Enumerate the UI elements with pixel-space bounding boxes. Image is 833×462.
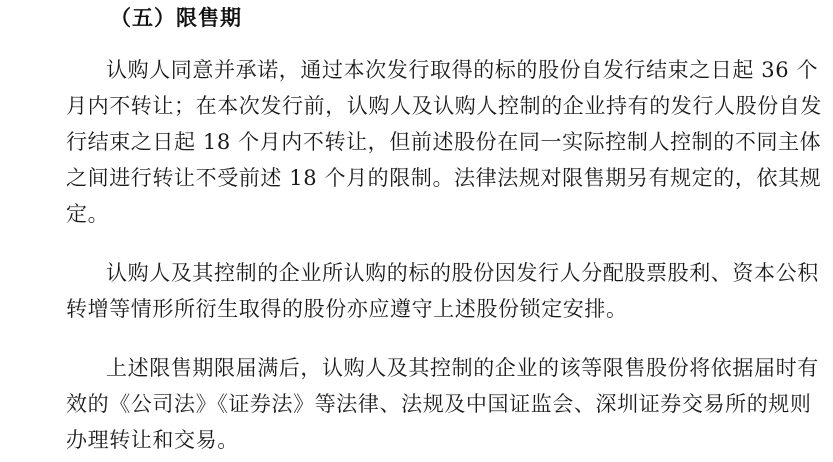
paragraph-line: 认购人及其控制的企业所认购的标的股份因发行人分配股票股利、资本公积 [106,260,756,286]
section-heading: （五）限售期 [110,5,242,31]
paragraph-line: 之间进行转让不受前述 18 个月的限制。法律法规对限售期另有规定的，依其规 [66,165,756,191]
paragraph-line: 定。 [66,201,109,227]
paragraph-line: 认购人同意并承诺，通过本次发行取得的标的股份自发行结束之日起 36 个 [106,57,756,83]
paragraph-line: 效的《公司法》《证券法》等法律、法规及中国证监会、深圳证券交易所的规则 [66,391,756,417]
paragraph-line: 行结束之日起 18 个月内不转让，但前述股份在同一实际控制人控制的不同主体 [66,129,756,155]
paragraph-line: 上述限售期限届满后，认购人及其控制的企业的该等限售股份将依据届时有 [106,355,756,381]
paragraph-line: 月内不转让；在本次发行前，认购人及认购人控制的企业持有的发行人股份自发 [66,93,756,119]
paragraph-line: 转增等情形所衍生取得的股份亦应遵守上述股份锁定安排。 [66,296,628,322]
paragraph-line: 办理转让和交易。 [66,427,239,453]
